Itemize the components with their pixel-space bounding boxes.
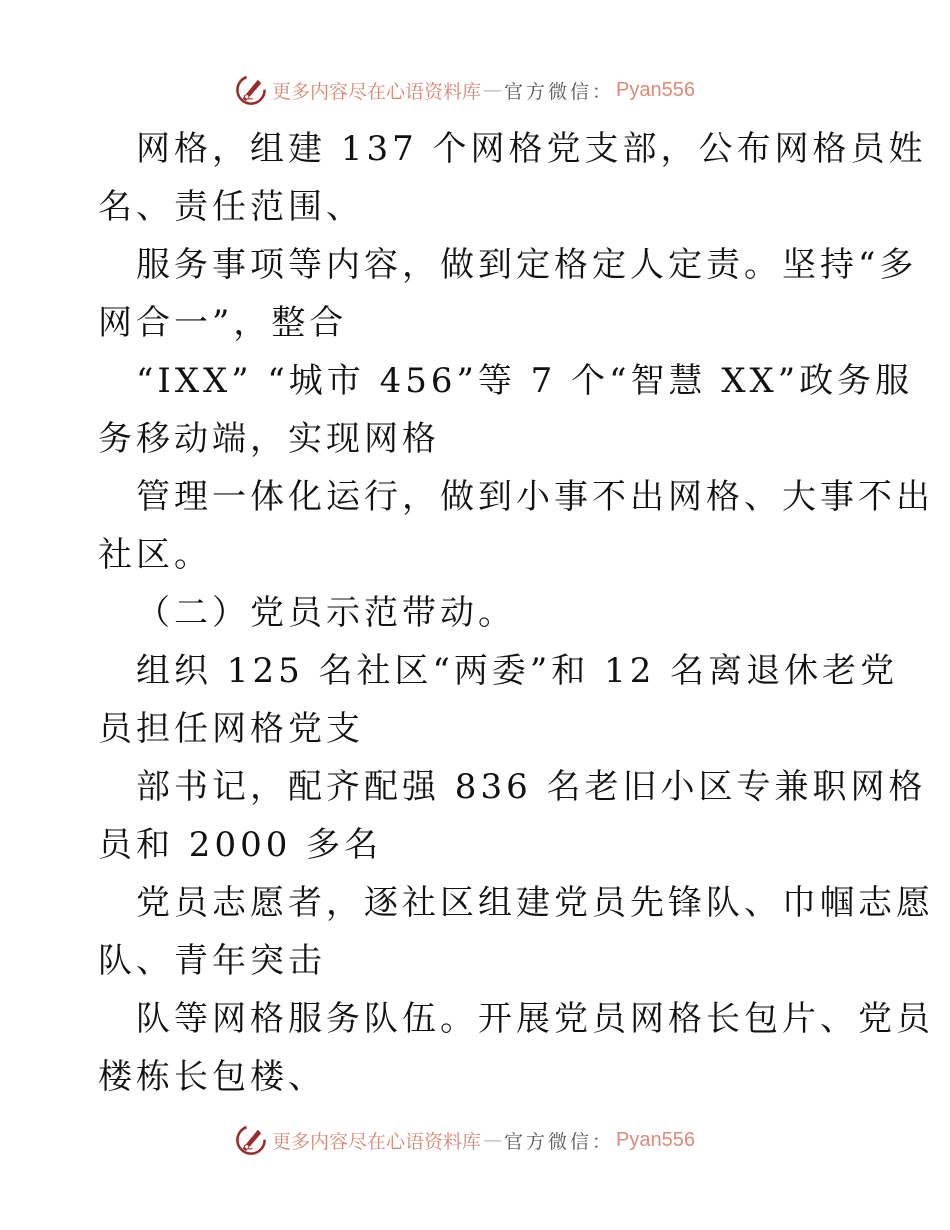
text-line: 员和 2000 多名 [98, 816, 858, 874]
text-line: 名、责任范围、 [98, 178, 858, 236]
text-line: 员担任网格党支 [98, 700, 858, 758]
text-line: 队等网格服务队伍。开展党员网格长包片、党员 [98, 990, 858, 1048]
banner-dash: — [483, 1129, 502, 1151]
quill-pen-logo-icon [234, 1123, 268, 1157]
text-line: 党员志愿者，逐社区组建党员先锋队、巾帼志愿 [98, 874, 858, 932]
text-line: 组织 125 名社区“两委”和 12 名离退休老党 [98, 642, 858, 700]
footer-watermark-banner: 更多内容尽在心语资料库 — 官方微信： Pyan556 [234, 1120, 714, 1160]
text-line: 社区。 [98, 526, 858, 584]
banner-official-label: 官方微信： [504, 77, 614, 104]
banner-official-label: 官方微信： [504, 1127, 614, 1154]
banner-main-text: 更多内容尽在心语资料库 [272, 77, 481, 104]
text-line: 队、青年突击 [98, 932, 858, 990]
text-line: “IXX” “城市 456”等 7 个“智慧 XX”政务服 [98, 352, 858, 410]
text-line: 网格，组建 137 个网格党支部，公布网格员姓 [98, 120, 858, 178]
banner-main-text: 更多内容尽在心语资料库 [272, 1127, 481, 1154]
banner-dash: — [483, 79, 502, 101]
text-line: 网合一”，整合 [98, 294, 858, 352]
text-line: 楼栋长包楼、 [98, 1048, 858, 1106]
banner-wechat-id: Pyan556 [616, 79, 695, 102]
document-body: 网格，组建 137 个网格党支部，公布网格员姓 名、责任范围、 服务事项等内容，… [98, 120, 858, 1106]
text-line: 服务事项等内容，做到定格定人定责。坚持“多 [98, 236, 858, 294]
banner-wechat-id: Pyan556 [616, 1129, 695, 1152]
text-line: 务移动端，实现网格 [98, 410, 858, 468]
header-watermark-banner: 更多内容尽在心语资料库 — 官方微信： Pyan556 [234, 70, 714, 110]
quill-pen-logo-icon [234, 73, 268, 107]
text-line: 管理一体化运行，做到小事不出网格、大事不出 [98, 468, 858, 526]
section-heading: （二）党员示范带动。 [98, 584, 858, 642]
text-line: 部书记，配齐配强 836 名老旧小区专兼职网格 [98, 758, 858, 816]
